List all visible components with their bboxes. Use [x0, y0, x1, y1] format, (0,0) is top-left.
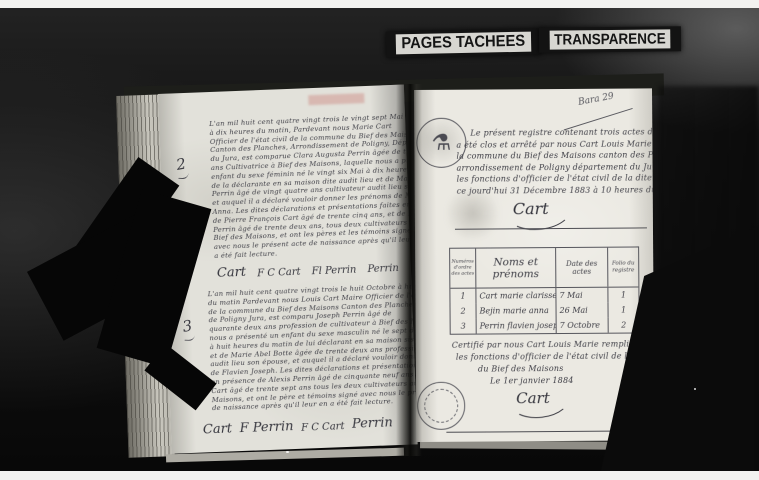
label-pages-tachees-text: PAGES TACHEES	[396, 32, 531, 55]
handwritten-line: de Flavien Joseph. Les dites déclaration…	[211, 362, 411, 378]
signature: F C Cart	[301, 421, 345, 434]
handwritten-line: a été fait lecture.	[214, 245, 406, 261]
closing-statement-text: Le présent registre contenant trois acte…	[456, 126, 646, 197]
table-header-row: Numéros d'ordre des actes Noms et prénom…	[450, 247, 638, 288]
handwritten-line: Maisons, et ont le père et témoins signé…	[212, 388, 412, 404]
signature: Perrin	[367, 263, 399, 275]
label-transparence-text: TRANSPARENCE	[550, 29, 671, 49]
certification-text: Certifié par nous Cart Louis Marie rempl…	[452, 338, 648, 387]
table-body: 1Cart marie clarisse7 Mai12Bejin marie a…	[450, 287, 638, 333]
handwritten-line: en présence de Alexis Perrin âgé de cinq…	[211, 370, 411, 386]
signature: Fl Perrin	[311, 265, 356, 278]
dust-speck	[286, 451, 289, 453]
signature-flourish	[516, 407, 566, 418]
table-cell: Bejin marie anna	[476, 303, 556, 319]
birth-act-2-text: L'an mil huit cent quatre vingt trois le…	[209, 113, 406, 261]
handwritten-line: de Pierre François Cart âgé de trente ci…	[213, 209, 405, 225]
ink-cachet-stamp-icon	[417, 382, 465, 430]
handwritten-line: L'an mil huit cent quatre vingt trois le…	[209, 113, 401, 129]
handwritten-line: à huit heures du matin de lui déclarant …	[210, 335, 410, 351]
table-cell: Perrin flavien joseph	[477, 318, 557, 334]
table-cell: 1	[450, 289, 476, 304]
handwritten-line: à dix heures du matin, Pardevant nous Ma…	[209, 121, 401, 137]
signature: F Perrin	[239, 419, 294, 436]
handwritten-line: et auquel il a déclaré vouloir donner le…	[212, 192, 404, 208]
act-number-margin: 3	[181, 316, 195, 341]
header-act-number: Numéros d'ordre des actes	[450, 249, 476, 288]
label-transparence: TRANSPARENCE	[539, 26, 681, 52]
signature: Cart	[203, 421, 233, 437]
header-date: Date des actes	[556, 248, 608, 287]
handwritten-line: audit lieu son épouse, et auquel il a dé…	[210, 353, 410, 369]
label-pages-tachees: PAGES TACHEES	[386, 28, 541, 57]
act-number-margin: 2	[175, 154, 189, 179]
acts-summary-table: Numéros d'ordre des actes Noms et prénom…	[449, 246, 640, 334]
handwritten-line: enfant du sexe féminin né le vingt six M…	[211, 165, 403, 181]
microfilm-frame: PAGES TACHEES TRANSPARENCE 2 L'an mil hu…	[0, 0, 759, 480]
signature-text: Cart	[516, 389, 550, 407]
certification-signature: Cart	[516, 389, 566, 418]
handwritten-line: de la commune du Bief des Maisons Canton…	[208, 300, 408, 316]
handwritten-line: Perrin âgé de vingt quatre ans cultivate…	[212, 183, 404, 199]
header-folio: Folio du registre	[608, 247, 638, 286]
table-row: 2Bejin marie anna26 Mai1	[450, 302, 638, 318]
dust-speck	[694, 388, 696, 390]
faint-red-stamp-icon	[308, 93, 364, 105]
act-2-signatures: Cart F C Cart Fl Perrin Perrin	[217, 259, 399, 281]
handwritten-line: Bief des Maisons, et ont les pères et le…	[213, 227, 405, 243]
handwritten-line: de Poligny Jura, est comparu Joseph Perr…	[209, 309, 409, 325]
table-cell: 3	[451, 319, 477, 334]
handwritten-line: L'an mil huit cent quatre vingt trois le…	[208, 283, 408, 299]
handwritten-line: de la déclarante en sa maison dite audit…	[211, 174, 403, 190]
register-right-page: Bara 29 ⚗ Le présent registre contenant …	[414, 88, 654, 442]
bottom-rule	[446, 431, 626, 433]
book-gutter-shadow	[396, 84, 422, 456]
act-3-signatures: Cart F Perrin F C Cart Perrin	[203, 415, 393, 437]
film-edge-bottom	[0, 471, 759, 480]
birth-act-3-text: L'an mil huit cent quatre vingt trois le…	[208, 283, 413, 414]
signature: F C Cart	[257, 267, 301, 280]
handwritten-line: Officier de l'état civil de la commune d…	[210, 130, 402, 146]
header-names: Noms et prénoms	[476, 248, 556, 288]
handwritten-line: Canton des Planches, Arrondissement de P…	[210, 139, 402, 155]
handwritten-line: avec nous le présent acte de naissance a…	[214, 236, 406, 252]
signature-text: Cart	[513, 199, 549, 218]
table-cell: 2	[450, 304, 476, 319]
table-cell: 1	[608, 287, 638, 302]
handwritten-line: du matin Pardevant nous Louis Cart Maire…	[208, 291, 408, 307]
signature: Perrin	[352, 415, 393, 432]
film-edge-top	[0, 0, 759, 8]
handwritten-line: ans Cultivatrice à Bief des Maisons, laq…	[211, 157, 403, 173]
table-cell: 7 Octobre	[557, 318, 609, 333]
handwritten-line: Cart âgé de trente sept ans tous les deu…	[211, 379, 411, 395]
table-cell: 26 Mai	[556, 303, 608, 318]
table-cell: Cart marie clarisse	[476, 288, 556, 304]
table-cell: 1	[608, 302, 638, 317]
handwritten-line: quarante deux ans profession de cultivat…	[209, 318, 409, 334]
handwritten-line: du Jura, est comparue Clara Augusta Perr…	[210, 148, 402, 164]
table-row: 3Perrin flavien joseph7 Octobre2	[451, 317, 639, 333]
handwritten-line: Anna. Les dites déclarations et présenta…	[212, 201, 404, 217]
signature: Cart	[217, 265, 247, 281]
corner-annotation: Bara 29	[577, 92, 614, 108]
handwritten-line: ce jourd'hui 31 Décembre 1883 à 10 heure…	[457, 184, 647, 197]
handwritten-line: nous a présenté un enfant du sexe mascul…	[209, 327, 409, 343]
table-cell: 7 Mai	[556, 288, 608, 303]
officer-signature: Cart	[513, 199, 569, 230]
table-row: 1Cart marie clarisse7 Mai1	[450, 287, 638, 303]
handwritten-line: Perrin âgé de trente deux ans, tous deux…	[213, 218, 405, 234]
handwritten-line: et de Marie Abel Botte âgée de trente de…	[210, 344, 410, 360]
handwritten-line: de naissance après qu'il leur en a été f…	[212, 397, 412, 413]
